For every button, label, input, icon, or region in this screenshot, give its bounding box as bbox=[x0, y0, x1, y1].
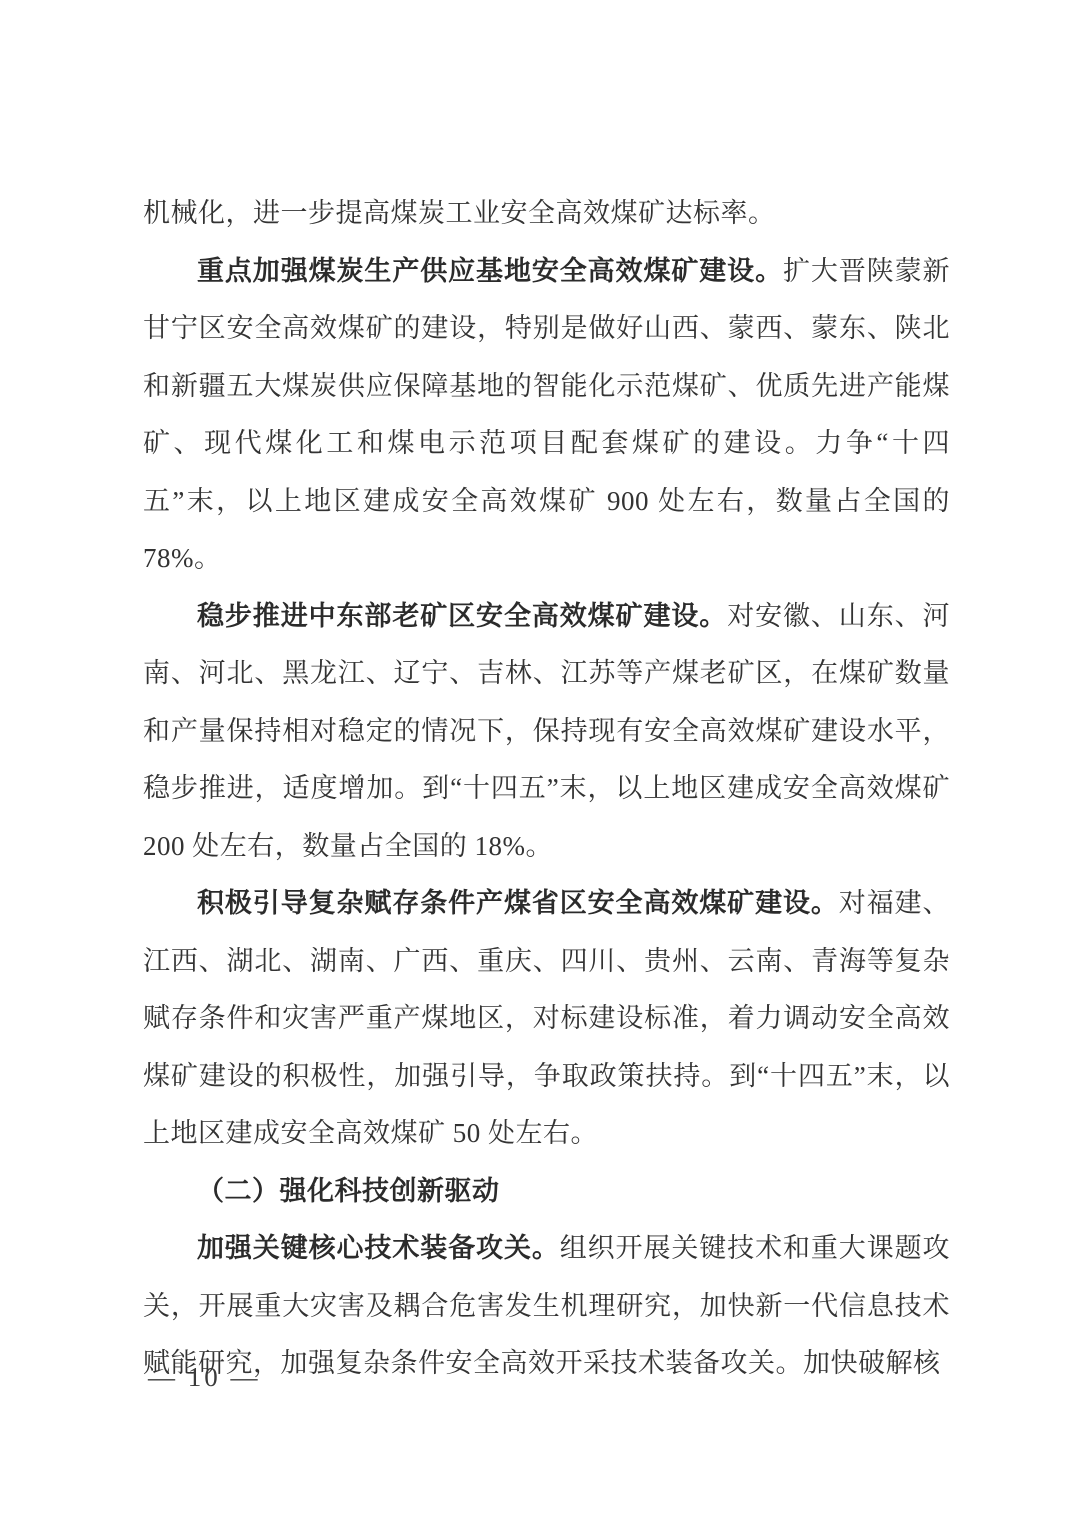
paragraph-central-east-mines: 稳步推进中东部老矿区安全高效煤矿建设。对安徽、山东、河南、河北、黑龙江、辽宁、吉… bbox=[143, 588, 950, 876]
paragraph-body: 扩大晋陕蒙新甘宁区安全高效煤矿的建设，特别是做好山西、蒙西、蒙东、陕北和新疆五大… bbox=[143, 256, 950, 574]
section-heading-label: （二）强化科技创新驱动 bbox=[197, 1176, 500, 1206]
paragraph-complex-conditions: 积极引导复杂赋存条件产煤省区安全高效煤矿建设。对福建、江西、湖北、湖南、广西、重… bbox=[143, 875, 950, 1163]
paragraph-lead: 加强关键核心技术装备攻关。 bbox=[197, 1233, 560, 1263]
document-page: 机械化，进一步提高煤炭工业安全高效煤矿达标率。 重点加强煤炭生产供应基地安全高效… bbox=[0, 0, 1080, 1527]
paragraph-lead: 稳步推进中东部老矿区安全高效煤矿建设。 bbox=[197, 601, 727, 631]
paragraph-continuation: 机械化，进一步提高煤炭工业安全高效煤矿达标率。 bbox=[143, 185, 950, 243]
paragraph-lead: 重点加强煤炭生产供应基地安全高效煤矿建设。 bbox=[197, 256, 783, 286]
paragraph-body: 对安徽、山东、河南、河北、黑龙江、辽宁、吉林、江苏等产煤老矿区，在煤矿数量和产量… bbox=[143, 601, 950, 861]
page-number: — 10 — bbox=[148, 1362, 261, 1393]
page-content: 机械化，进一步提高煤炭工业安全高效煤矿达标率。 重点加强煤炭生产供应基地安全高效… bbox=[0, 0, 1080, 1393]
paragraph-lead: 积极引导复杂赋存条件产煤省区安全高效煤矿建设。 bbox=[197, 888, 839, 918]
paragraph-body: 机械化，进一步提高煤炭工业安全高效煤矿达标率。 bbox=[143, 198, 776, 228]
paragraph-key-supply-bases: 重点加强煤炭生产供应基地安全高效煤矿建设。扩大晋陕蒙新甘宁区安全高效煤矿的建设，… bbox=[143, 243, 950, 588]
section-heading-tech-innovation: （二）强化科技创新驱动 bbox=[143, 1163, 950, 1221]
paragraph-body: 对福建、江西、湖北、湖南、广西、重庆、四川、贵州、云南、青海等复杂赋存条件和灾害… bbox=[143, 888, 950, 1148]
paragraph-key-technology: 加强关键核心技术装备攻关。组织开展关键技术和重大课题攻关，开展重大灾害及耦合危害… bbox=[143, 1220, 950, 1393]
